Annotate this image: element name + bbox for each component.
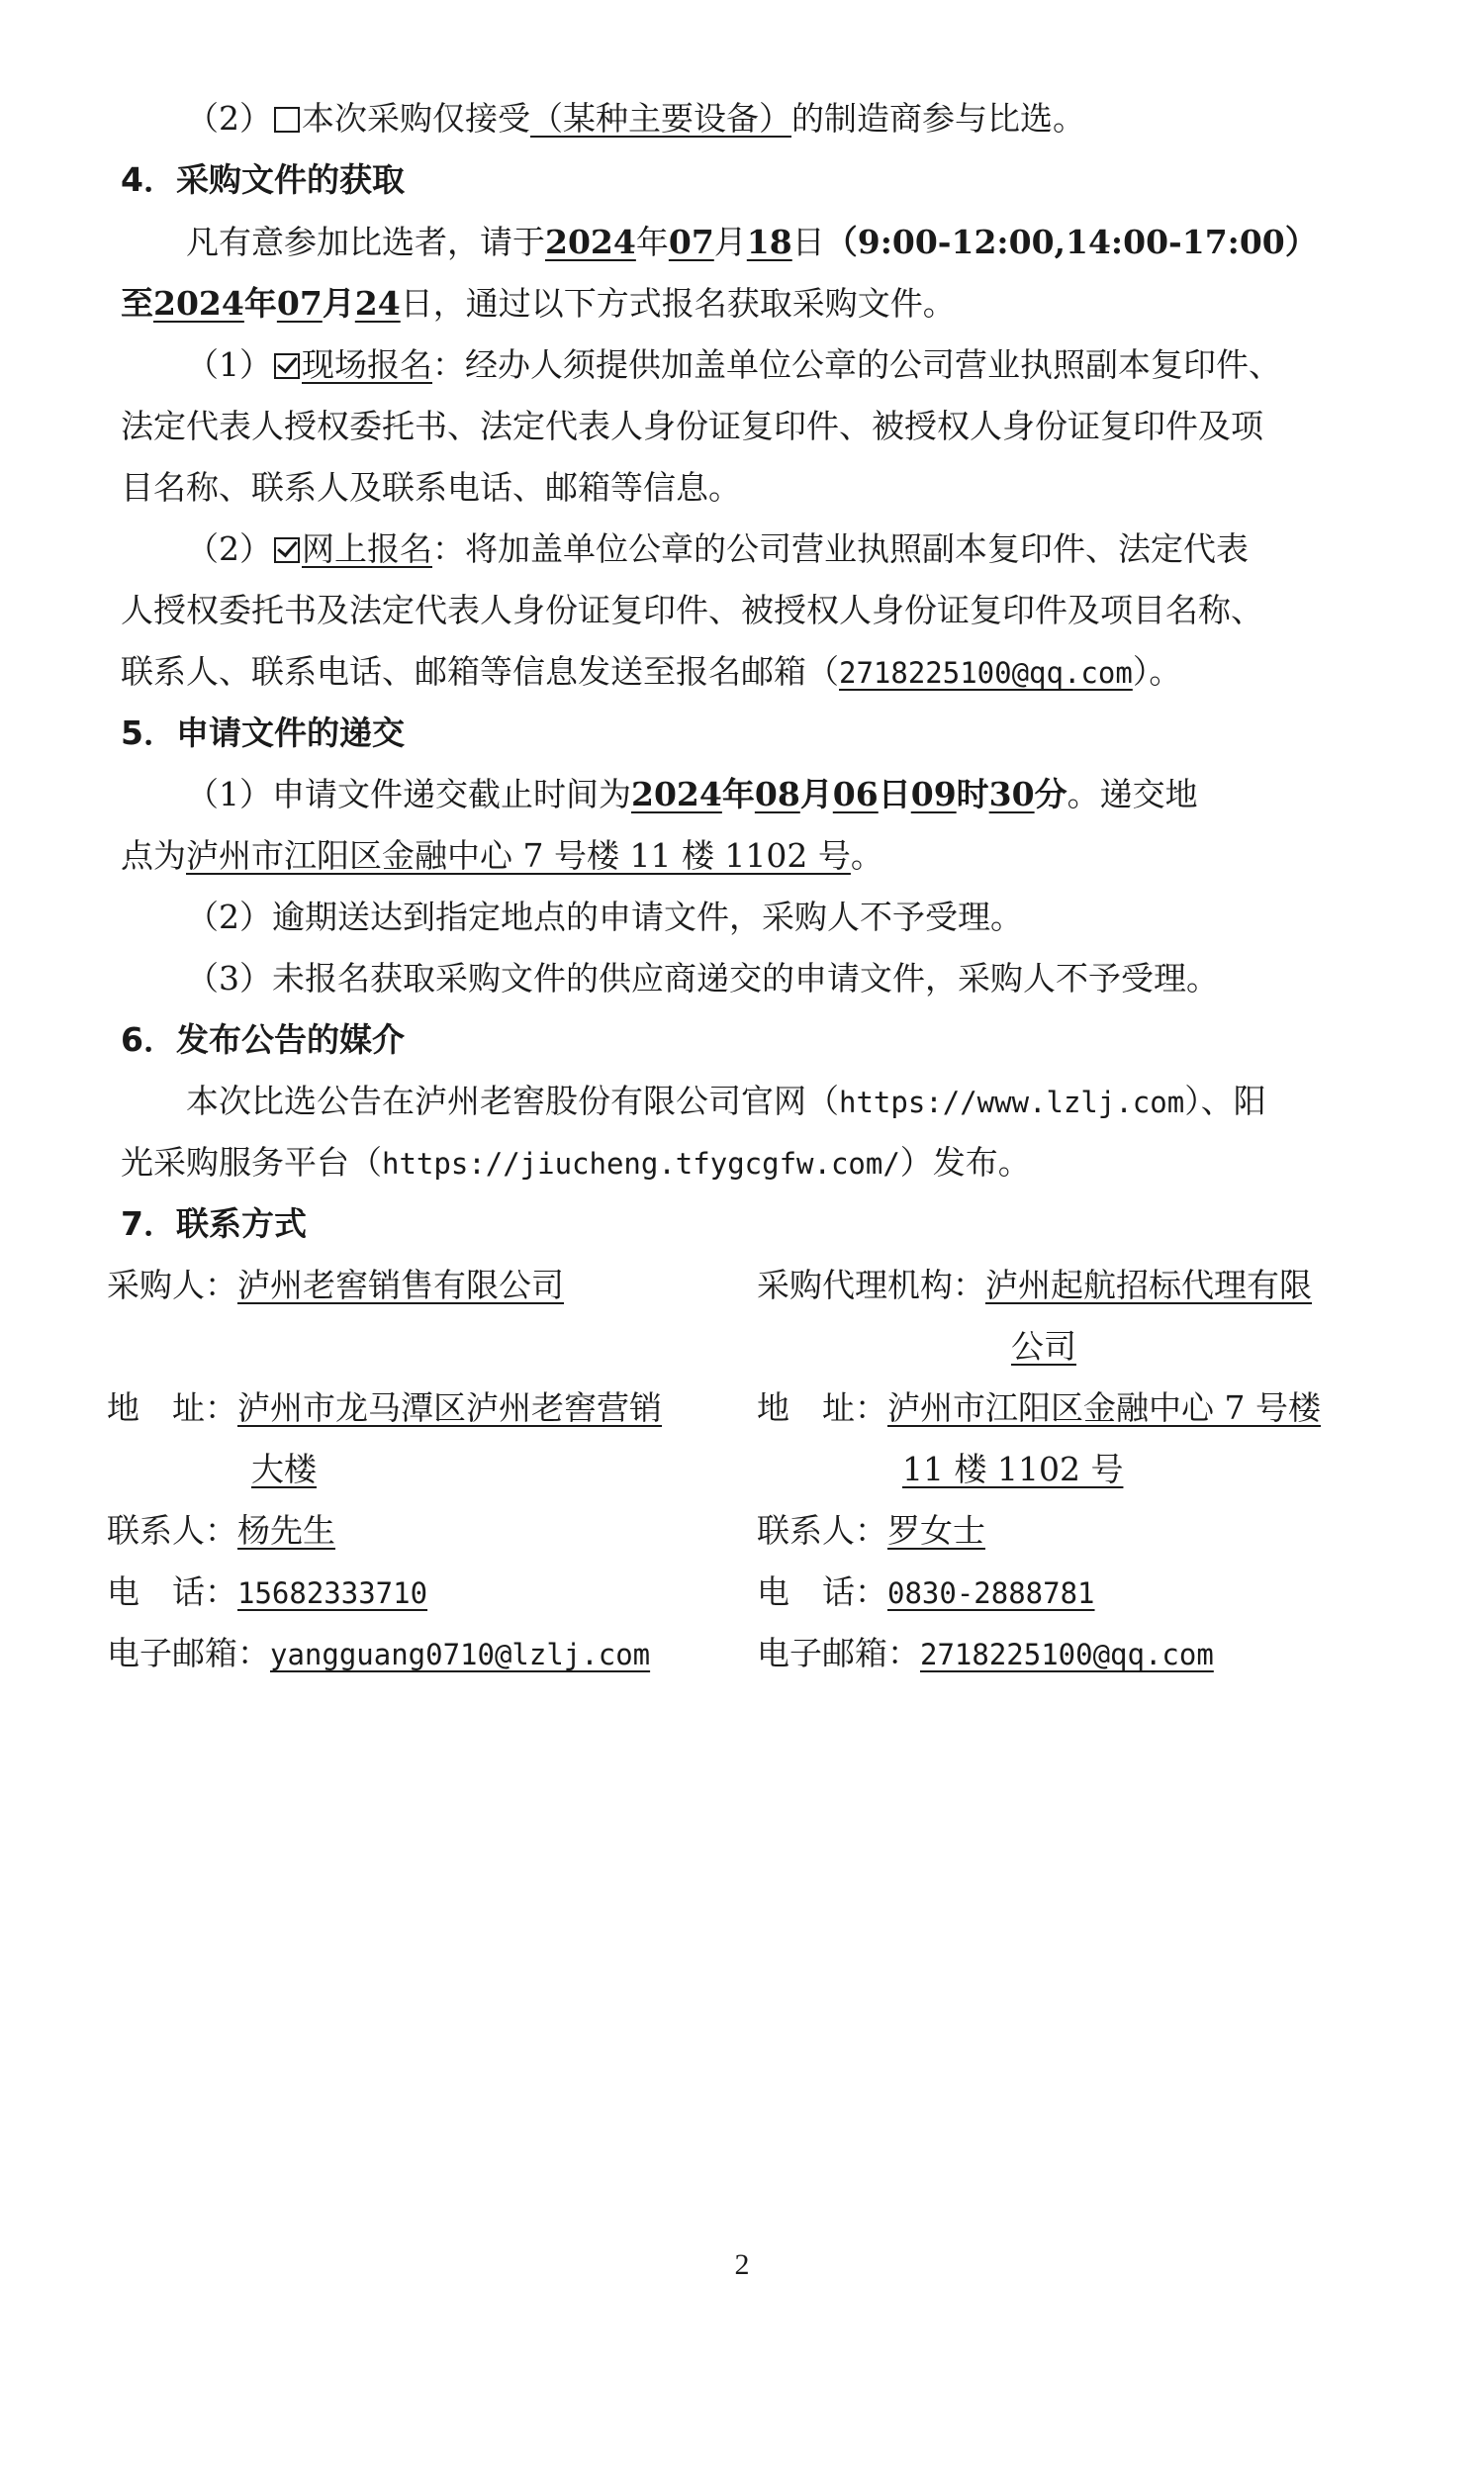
lzlj-website-link[interactable]: https://www.lzlj.com [839,1086,1184,1119]
publication-media: 光采购服务平台（https://jiucheng.tfygcgfw.com/）发… [121,1143,1031,1184]
checkbox-checked-icon[interactable] [274,353,300,379]
label: 联系人： [757,1511,887,1550]
text: 光采购服务平台（ [121,1143,382,1182]
purchaser-address-value: 泸州市龙马潭区泸州老窖营销 [237,1388,662,1427]
checkbox-checked-icon[interactable] [274,537,300,563]
text: ）发布。 [900,1143,1031,1182]
text: 。 [851,836,883,875]
onsite-registration: （1）现场报名：经办人须提供加盖单位公章的公司营业执照副本复印件、 [186,345,1281,385]
registration-period: 凡有意参加比选者，请于2024年07月18日（9:00-12:00,14:00-… [186,223,1318,262]
item-prefix: （1） [186,345,272,384]
submission-deadline: （1）申请文件递交截止时间为2024年08月06日09时30分。递交地 [186,775,1198,814]
section-6-heading: 6．发布公告的媒介 [121,1020,405,1060]
registration-email-link[interactable]: 2718225100@qq.com [839,656,1133,690]
section-7-heading: 7．联系方式 [121,1204,307,1244]
agency-org: 采购代理机构：泸州起航招标代理有限 [757,1266,1312,1305]
late-submission-rule: （2）逾期送达到指定地点的申请文件，采购人不予受理。 [186,898,1023,937]
text: 本次比选公告在泸州老窖股份有限公司官网（ [186,1082,839,1120]
clause-text: 的制造商参与比选。 [791,99,1085,138]
item-prefix: （2） [186,529,272,568]
submission-location: 点为泸州市江阳区金融中心 7 号楼 11 楼 1102 号。 [121,836,883,876]
online-registration: （2）网上报名：将加盖单位公章的公司营业执照副本复印件、法定代表 [186,529,1249,569]
online-registration-text: 人授权委托书及法定代表人身份证复印件、被授权人身份证复印件及项目名称、 [121,591,1263,630]
agency-address-cont: 11 楼 1102 号 [902,1450,1123,1489]
deadline-day: 06 [833,775,879,813]
agency-phone: 电 话：0830-2888781 [757,1572,1095,1613]
deadline-minute: 30 [989,775,1035,813]
purchaser-contact-name: 杨先生 [237,1511,335,1550]
text: 分 [1035,775,1067,813]
deadline-month: 08 [755,775,800,813]
label: 地 址： [107,1388,237,1427]
text: 凡有意参加比选者，请于 [186,223,545,261]
manufacturer-clause: （2）本次采购仅接受（某种主要设备）的制造商参与比选。 [186,99,1085,139]
purchaser-address-cont: 大楼 [251,1450,317,1489]
section-4-heading: 4．采购文件的获取 [121,160,405,200]
label: 地 址： [757,1388,887,1427]
end-month: 07 [277,284,323,323]
text: 日 [792,223,825,261]
registration-period-end: 至2024年07月24日，通过以下方式报名获取采购文件。 [121,284,956,324]
onsite-registration-label: 现场报名 [302,345,432,384]
purchaser-address-value: 大楼 [251,1450,317,1488]
label: 采购代理机构： [757,1266,985,1304]
text: 月 [323,284,355,323]
agency-name: 公司 [1011,1327,1076,1366]
text: 至 [121,284,153,323]
purchaser-phone: 电 话：15682333710 [107,1572,427,1613]
purchaser-name: 泸州老窖销售有限公司 [237,1266,564,1304]
text: 日 [879,775,911,813]
section-5-heading: 5．申请文件的递交 [121,713,405,753]
onsite-registration-text: 目名称、联系人及联系电话、邮箱等信息。 [121,468,741,508]
agency-address-value: 11 楼 1102 号 [902,1450,1123,1488]
item-prefix: （2） [186,99,272,138]
text: ：将加盖单位公章的公司营业执照副本复印件、法定代表 [432,529,1249,568]
unregistered-submission-rule: （3）未报名获取采购文件的供应商递交的申请文件，采购人不予受理。 [186,959,1219,998]
clause-text: 本次采购仅接受 [302,99,530,138]
agency-address: 地 址：泸州市江阳区金融中心 7 号楼 [757,1388,1321,1428]
label: 电子邮箱： [757,1634,920,1672]
label: 电子邮箱： [107,1634,270,1672]
purchaser-phone-value: 15682333710 [237,1576,427,1610]
purchaser-email-link[interactable]: yangguang0710@lzlj.com [270,1638,650,1671]
label: 采购人： [107,1266,237,1304]
online-registration-text: 联系人、联系电话、邮箱等信息发送至报名邮箱（2718225100@qq.com）… [121,652,1181,693]
text: 月 [800,775,833,813]
page-number: 2 [0,2248,1484,2282]
procurement-platform-link[interactable]: https://jiucheng.tfygcgfw.com/ [382,1147,900,1181]
agency-contact-name: 罗女士 [887,1511,985,1550]
purchaser-email: 电子邮箱：yangguang0710@lzlj.com [107,1634,650,1674]
start-year: 2024 [545,223,636,261]
end-year: 2024 [153,284,244,323]
start-month: 07 [669,223,714,261]
agency-name: 泸州起航招标代理有限 [985,1266,1312,1304]
text: 时 [957,775,989,813]
text: 点为 [121,836,186,875]
equipment-blank: （某种主要设备） [530,99,791,138]
publication-media: 本次比选公告在泸州老窖股份有限公司官网（https://www.lzlj.com… [186,1082,1266,1122]
checkbox-unchecked-icon[interactable] [274,107,300,133]
text: 年 [722,775,755,813]
text: ）。 [1133,652,1182,691]
purchaser-address: 地 址：泸州市龙马潭区泸州老窖营销 [107,1388,662,1428]
agency-contact: 联系人：罗女士 [757,1511,985,1551]
agency-address-value: 泸州市江阳区金融中心 7 号楼 [887,1388,1321,1427]
text: 联系人、联系电话、邮箱等信息发送至报名邮箱（ [121,652,839,691]
label: 电 话： [757,1572,887,1611]
deadline-year: 2024 [631,775,722,813]
text: ：经办人须提供加盖单位公章的公司营业执照副本复印件、 [432,345,1281,384]
text: 。递交地 [1067,775,1198,813]
agency-email: 电子邮箱：2718225100@qq.com [757,1634,1214,1674]
label: 电 话： [107,1572,237,1611]
text: 月 [714,223,747,261]
office-hours: （9:00-12:00,14:00-17:00） [825,223,1318,261]
agency-email-link[interactable]: 2718225100@qq.com [920,1638,1214,1671]
onsite-registration-text: 法定代表人授权委托书、法定代表人身份证复印件、被授权人身份证复印件及项 [121,407,1263,446]
start-day: 18 [747,223,792,261]
text: （1）申请文件递交截止时间为 [186,775,631,813]
agency-org-cont: 公司 [1011,1327,1076,1367]
deadline-hour: 09 [911,775,957,813]
purchaser-org: 采购人：泸州老窖销售有限公司 [107,1266,564,1305]
text: 日，通过以下方式报名获取采购文件。 [401,284,956,323]
text: 年 [244,284,277,323]
label: 联系人： [107,1511,237,1550]
submission-address: 泸州市江阳区金融中心 7 号楼 11 楼 1102 号 [186,836,851,875]
purchaser-contact: 联系人：杨先生 [107,1511,335,1551]
end-day: 24 [355,284,401,323]
agency-phone-value: 0830-2888781 [887,1576,1095,1610]
online-registration-label: 网上报名 [302,529,432,568]
text: ）、阳 [1184,1082,1266,1120]
text: 年 [636,223,669,261]
